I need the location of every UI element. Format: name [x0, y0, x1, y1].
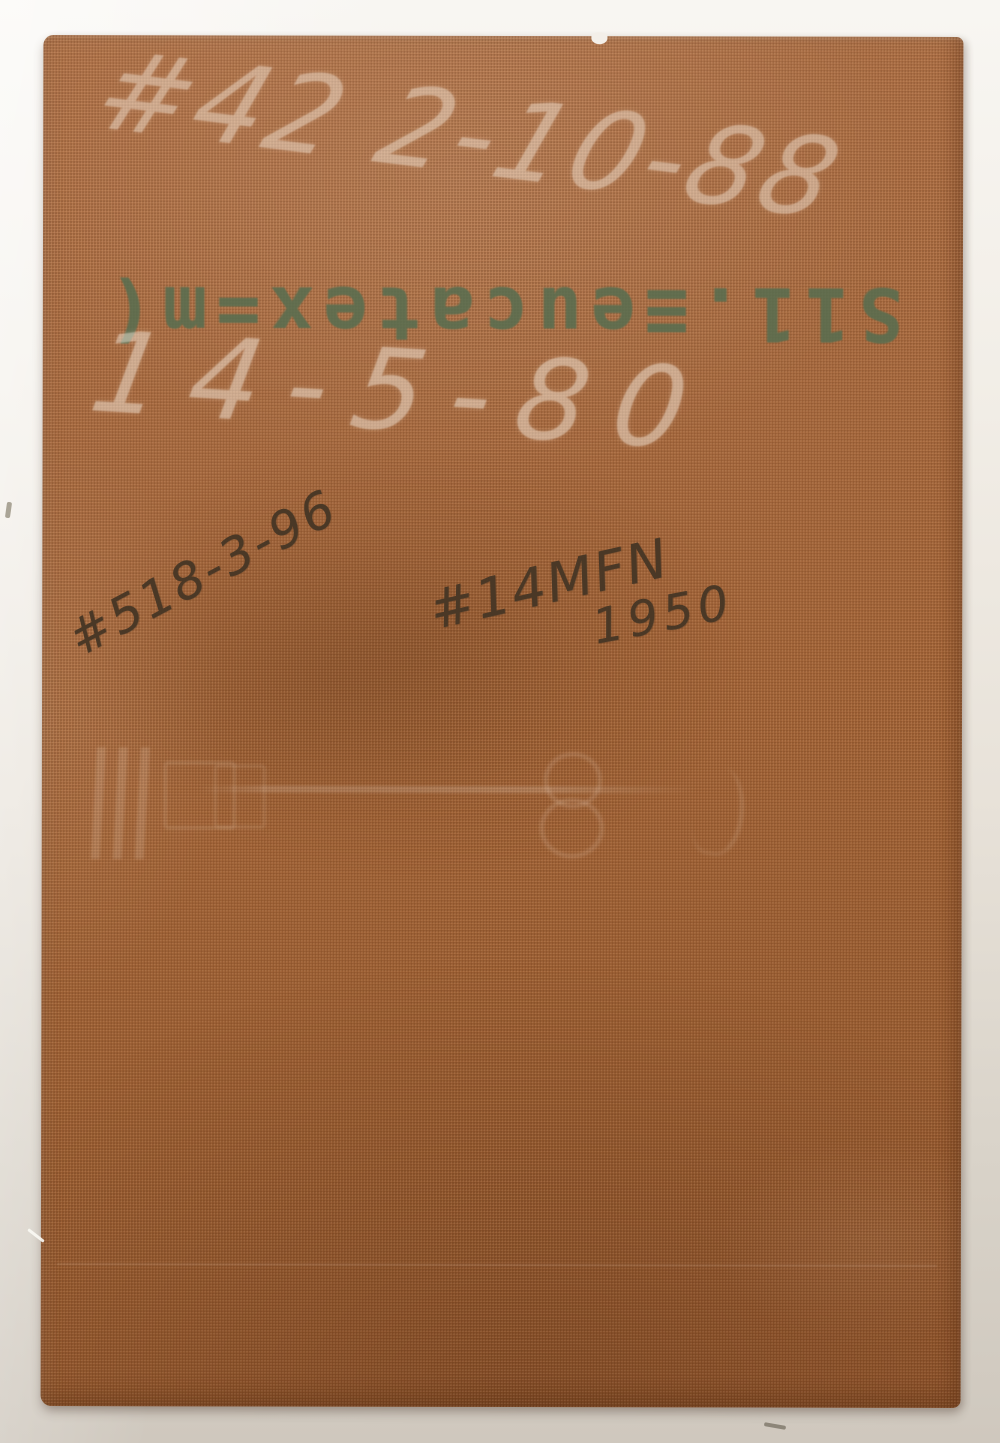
erased-chalk-box [214, 764, 266, 828]
erased-chalk-loop [542, 752, 602, 856]
erased-chalk-curve [688, 763, 750, 858]
photo-background: #42 2-10-88 S11.≡eucatex=m( 14-5-80 #518… [0, 0, 1000, 1443]
erased-chalk-bars [94, 747, 160, 863]
faint-scratch-line [57, 1263, 937, 1267]
background-speck [5, 502, 12, 519]
hardboard-panel-verso: #42 2-10-88 S11.≡eucatex=m( 14-5-80 #518… [41, 35, 964, 1408]
chalk-inscription-top: #42 2-10-88 [84, 36, 856, 234]
edge-chip [591, 32, 607, 44]
pencil-inscription-number: #518-3-96 [60, 482, 345, 665]
background-scratch [764, 1422, 786, 1430]
erased-chalk-line [198, 785, 696, 793]
